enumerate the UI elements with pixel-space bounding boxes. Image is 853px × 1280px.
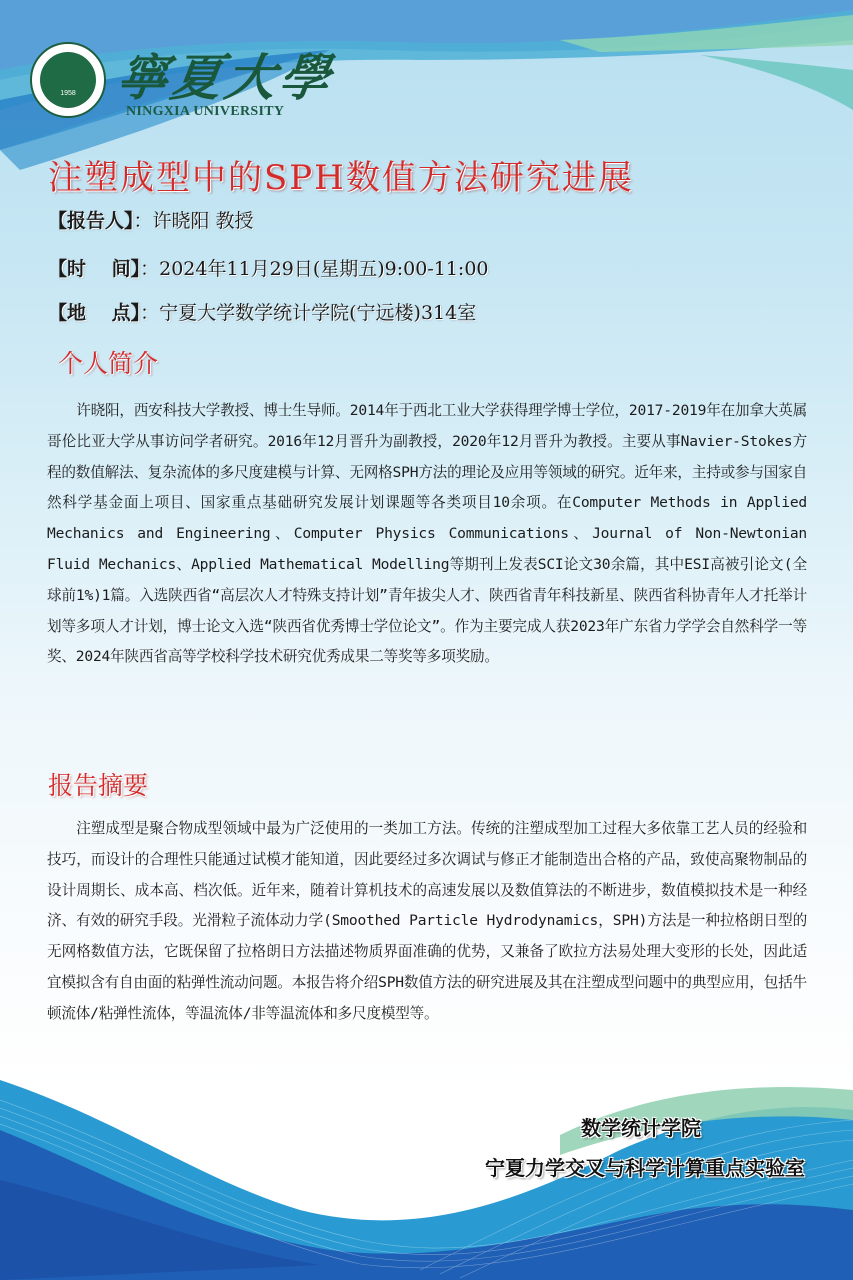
abstract-paragraph: 注塑成型是聚合物成型领域中最为广泛使用的一类加工方法。传统的注塑成型加工过程大多… [47, 814, 807, 1030]
place-label: 【地 点】 [48, 302, 140, 324]
time-row: 【时 间】：2024年11月29日(星期五)9:00-11:00 [48, 254, 489, 281]
bio-heading: 个人简介 [58, 344, 158, 380]
organizer-school: 数学统计学院 [581, 1112, 701, 1141]
university-seal-logo: 1958 [30, 42, 106, 118]
bio-paragraph: 许晓阳，西安科技大学教授、博士生导师。2014年于西北工业大学获得理学博士学位，… [47, 396, 807, 673]
seal-year: 1958 [60, 90, 76, 97]
organizer-lab: 宁夏力学交叉与科学计算重点实验室 [485, 1152, 805, 1181]
lecture-title: 注塑成型中的SPH数值方法研究进展 [48, 150, 634, 199]
university-name-english: NINGXIA UNIVERSITY [126, 104, 284, 120]
university-name-chinese: 寧夏大學 [113, 38, 339, 110]
abstract-heading: 报告摘要 [48, 766, 148, 802]
speaker-value: ：许晓阳 教授 [134, 210, 254, 232]
place-row: 【地 点】：宁夏大学数学统计学院(宁远楼)314室 [48, 298, 476, 325]
seal-emblem-icon: 1958 [40, 52, 96, 108]
place-value: ：宁夏大学数学统计学院(宁远楼)314室 [140, 302, 476, 324]
time-label: 【时 间】 [48, 258, 140, 280]
speaker-label: 【报告人】 [48, 210, 134, 232]
time-value: ：2024年11月29日(星期五)9:00-11:00 [140, 258, 488, 280]
speaker-row: 【报告人】：许晓阳 教授 [48, 206, 254, 233]
